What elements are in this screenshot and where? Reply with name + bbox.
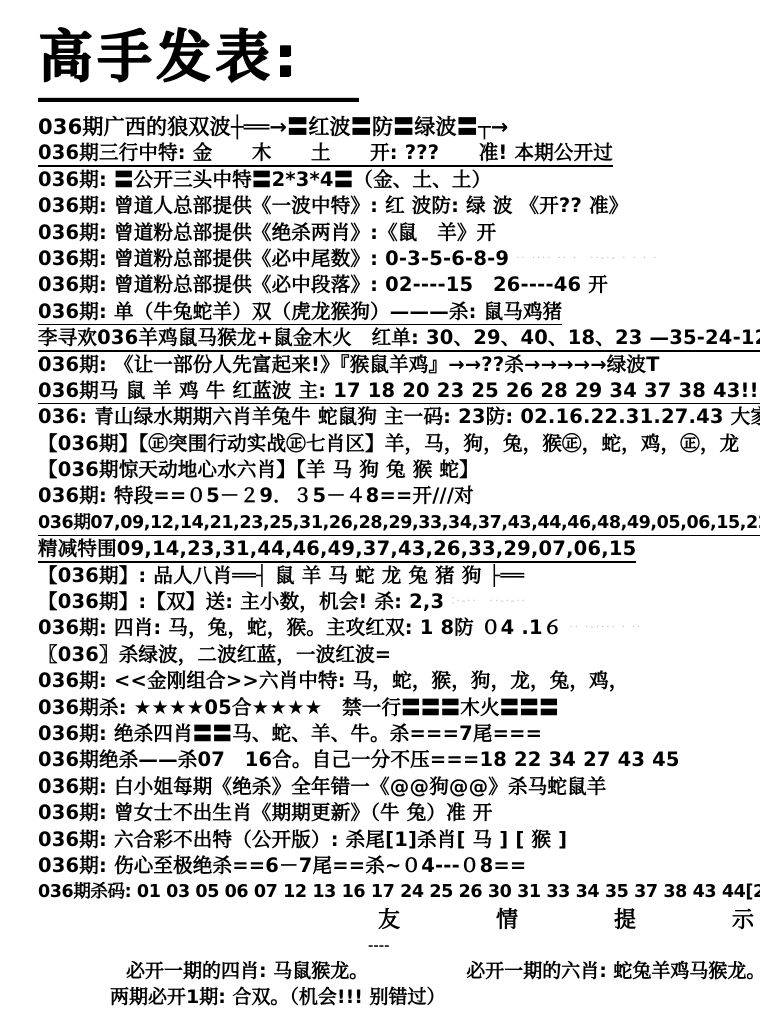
faint-marks: ·· ·-···· · ··	[570, 622, 643, 633]
faint-marks: ·· ···· ·· · ··-·- · · · ·	[516, 253, 658, 264]
footer-row: 必开一期的四肖: 马鼠猴龙。 必开一期的六肖: 蛇兔羊鸡马猴龙。	[38, 958, 760, 984]
tip-line-sanxing: 036期三行中特: 金 木 土 开: ??? 准! 本期公开过	[38, 140, 760, 166]
page-title: 高手发表:	[38, 24, 359, 102]
tip-line-jingtian: 【036期惊天动地心水六肖】【羊 马 狗 兔 猴 蛇】	[38, 457, 760, 483]
footer-six-xiao: 必开一期的六肖: 蛇兔羊鸡马猴龙。	[466, 958, 760, 984]
tip-line-danshuang: 036期: 单（牛兔蛇羊）双（虎龙猴狗）———杀: 鼠马鸡猪	[38, 299, 760, 325]
tip-sheet-page: 高手发表: 036期广西的狼双波┼══→〓红波〓防〓绿波〓┬→ 036期三行中特…	[0, 0, 768, 1024]
tip-line-buchute: 036期: 六合彩不出特（公开版）: 杀尾[1]杀肖[ 马 ] [ 猴 ]	[38, 827, 760, 853]
tip-line-qingshan: 036: 青山绿水期期六肖羊兔牛 蛇鼠狗 主一码: 23防: 02.16.22.…	[38, 404, 760, 430]
friendly-notice-title: 友情提示	[378, 906, 760, 936]
footer-four-xiao: 必开一期的四肖: 马鼠猴龙。	[126, 958, 368, 984]
tip-line-23ma: 036期07,09,12,14,21,23,25,31,26,28,29,33,…	[38, 510, 760, 536]
title-block: 高手发表:	[38, 24, 760, 108]
tip-line-sixiao: 036期: 四肖: 马，兔，蛇，猴。主攻红双: 1 8防 ０4 .1６ ·· ·…	[38, 615, 760, 641]
tip-line-duanluo: 036期: 曾道粉总部提供《必中段落》: 02----15 26----46 开	[38, 272, 760, 298]
tip-line-juesha07: 036期绝杀——杀07 16合。自己一分不压===18 22 34 27 43 …	[38, 747, 760, 773]
tip-line-shangxin: 036期: 伤心至极绝杀==6－7尾==杀~０4---０8==	[38, 853, 760, 879]
tip-line-tuwei: 【036期】【㊣突围行动实战㊣七肖区】羊，马，狗，兔，猴㊣，蛇，鸡，㊣，龙	[38, 431, 760, 457]
footer-heshuang: 两期必开1期: 合双。（机会!!! 别错过）	[110, 984, 760, 1010]
tip-line-shama: 036期杀码: 01 03 05 06 07 12 13 16 17 24 25…	[38, 879, 760, 905]
tip-line-weishu: 036期: 曾道粉总部提供《必中尾数》: 0-3-5-6-8-9 ·· ····…	[38, 246, 760, 272]
notice-dash: ----	[368, 936, 760, 958]
tip-line-juesha4: 036期: 绝杀四肖〓〓马、蛇、羊、牛。杀===7尾===	[38, 721, 760, 747]
tip-line-jingjian: 精减特围09,14,23,31,44,46,49,37,43,26,33,29,…	[38, 536, 760, 562]
tip-line-baixiaojie: 036期: 白小姐每期《绝杀》全年错一《@@狗@@》杀马蛇鼠羊	[38, 774, 760, 800]
tip-line-zengnvshi: 036期: 曾女士不出生肖《期期更新》（牛 兔）准 开	[38, 800, 760, 826]
tip-line-honglanbo: 036期马 鼠 羊 鸡 牛 红蓝波 主: 17 18 20 23 25 26 2…	[38, 378, 760, 404]
tip-line-xianfu: 036期: 《让一部份人先富起来!》『猴鼠羊鸡』→→??杀→→→→→绿波T	[38, 352, 760, 378]
tip-line-shuangsong: 【036期】:【双】送: 主小数，机会! 杀: 2,3 ⁚·-·· ··-·-·…	[38, 589, 760, 615]
tip-line-santou: 036期: 〓公开三头中特〓2*3*4〓（金、土、土）	[38, 167, 760, 193]
tip-line-jingang: 036期: <<金刚组合>>六肖中特: 马，蛇，猴，狗，龙，兔，鸡，	[38, 668, 760, 694]
tip-line-shalvbo: 〖036〗杀绿波，二波红蓝，一波红波=	[38, 642, 760, 668]
tip-line-lixunhuan: 李寻欢036羊鸡鼠马猴龙+鼠金木火 红单: 30、29、40、18、23 —35…	[38, 325, 760, 351]
tip-line-jueshaxiao: 036期: 曾道粉总部提供《绝杀两肖》:《鼠 羊》开	[38, 220, 760, 246]
tip-line-teduan: 036期: 特段==０5－２9．３5－４8==开///对	[38, 483, 760, 509]
tip-line-wave: 036期广西的狼双波┼══→〓红波〓防〓绿波〓┬→	[38, 114, 760, 140]
faint-marks: ⁚·-·· ··-·-··	[451, 596, 526, 607]
tip-line-stars: 036期杀: ★★★★05合★★★★ 禁一行〓〓〓木火〓〓〓	[38, 695, 760, 721]
tip-line-yibo: 036期: 曾道人总部提供《一波中特》: 红 波防: 绿 波 《开?? 准》	[38, 193, 760, 219]
tip-line-baxiao: 【036期】: 品人八肖══┤ 鼠 羊 马 蛇 龙 兔 猪 狗 ├══	[38, 563, 760, 589]
